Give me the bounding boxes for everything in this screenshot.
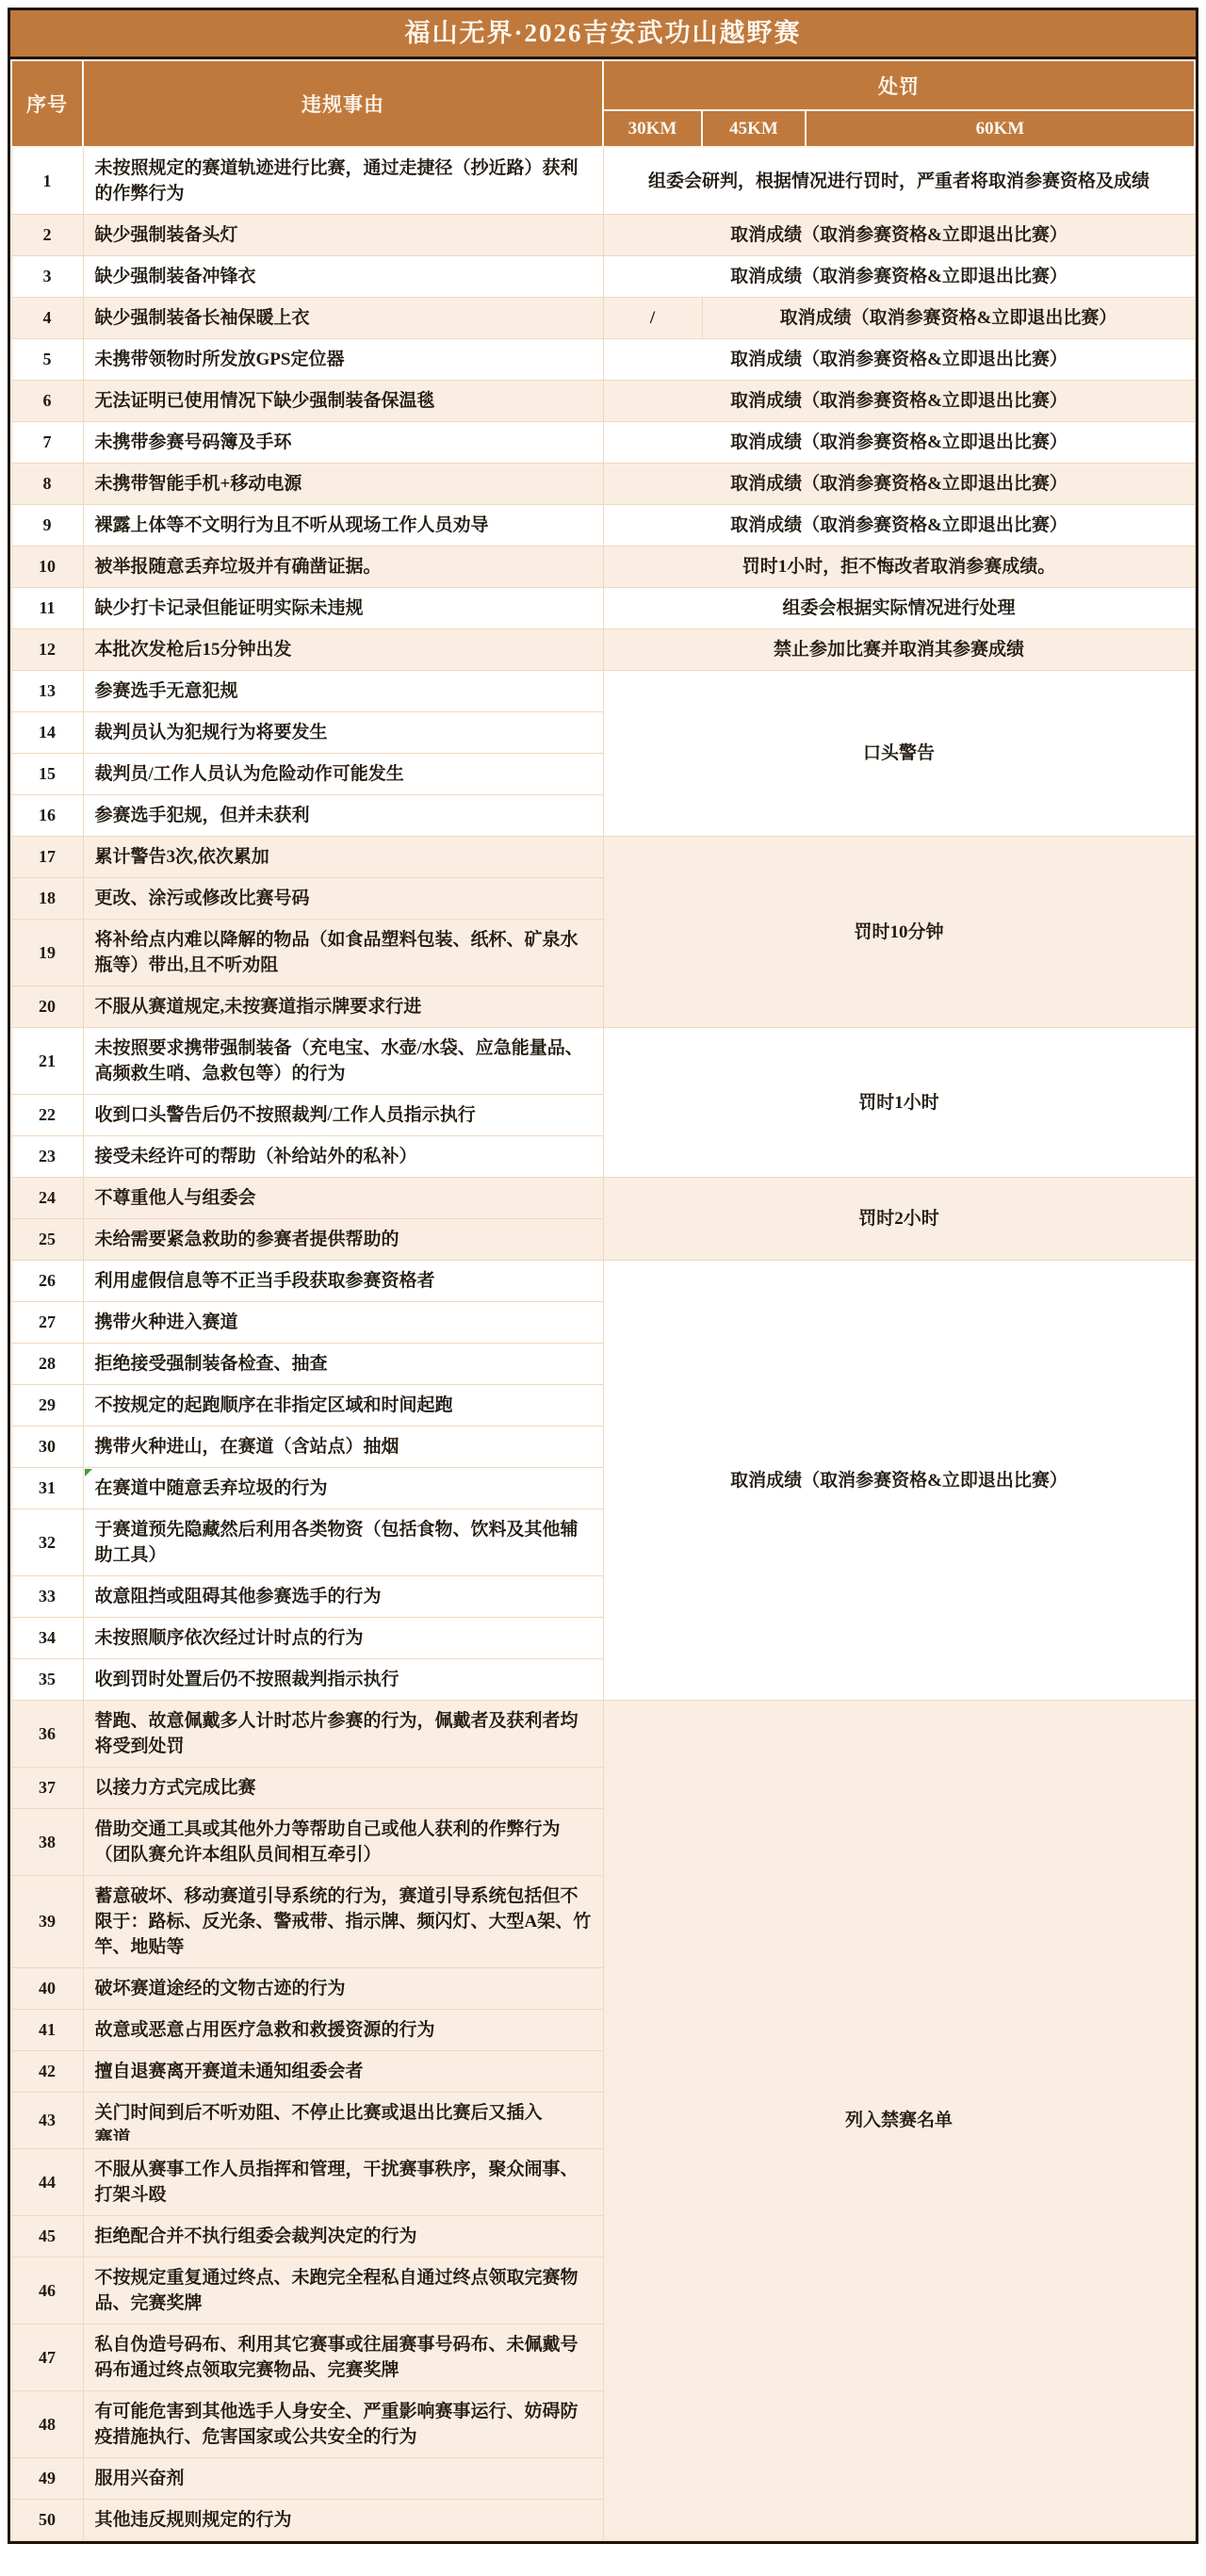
row-number-cell: 10 (11, 546, 83, 588)
violation-cell: 不服从赛事工作人员指挥和管理，干扰赛事秩序，聚众闹事、打架斗殴 (83, 2149, 603, 2216)
table-row: 4缺少强制装备长袖保暖上衣/取消成绩（取消参赛资格&立即退出比赛） (11, 298, 1195, 339)
violation-cell: 未给需要紧急救助的参赛者提供帮助的 (83, 1219, 603, 1261)
violation-cell: 未按照规定的赛道轨迹进行比赛，通过走捷径（抄近路）获利的作弊行为 (83, 147, 603, 215)
rules-table-body: 1未按照规定的赛道轨迹进行比赛，通过走捷径（抄近路）获利的作弊行为组委会研判，根… (11, 147, 1195, 2541)
violation-cell: 无法证明已使用情况下缺少强制装备保温毯 (83, 381, 603, 422)
penalty-cell: 组委会根据实际情况进行处理 (603, 588, 1195, 629)
row-number-cell: 22 (11, 1095, 83, 1136)
violation-cell: 收到罚时处置后仍不按照裁判指示执行 (83, 1659, 603, 1701)
violation-cell: 未携带智能手机+移动电源 (83, 464, 603, 505)
table-row: 36替跑、故意佩戴多人计时芯片参赛的行为，佩戴者及获利者均将受到处罚列入禁赛名单 (11, 1701, 1195, 1768)
row-number-cell: 12 (11, 629, 83, 671)
row-number-cell: 9 (11, 505, 83, 546)
header-col-penalty: 处罚 (603, 60, 1195, 110)
penalty-cell: 禁止参加比赛并取消其参赛成绩 (603, 629, 1195, 671)
violation-cell: 未按照要求携带强制装备（充电宝、水壶/水袋、应急能量品、高频救生哨、急救包等）的… (83, 1028, 603, 1095)
violation-cell: 不服从赛道规定,未按赛道指示牌要求行进 (83, 986, 603, 1028)
table-row: 17累计警告3次,依次累加罚时10分钟 (11, 837, 1195, 878)
table-row: 7未携带参赛号码簿及手环取消成绩（取消参赛资格&立即退出比赛） (11, 422, 1195, 464)
row-number-cell: 20 (11, 986, 83, 1028)
table-row: 6无法证明已使用情况下缺少强制装备保温毯取消成绩（取消参赛资格&立即退出比赛） (11, 381, 1195, 422)
row-number-cell: 46 (11, 2258, 83, 2324)
penalty-cell: 口头警告 (603, 671, 1195, 837)
penalty-cell: 取消成绩（取消参赛资格&立即退出比赛） (702, 298, 1195, 339)
penalty-cell: 取消成绩（取消参赛资格&立即退出比赛） (603, 215, 1195, 256)
row-number-cell: 36 (11, 1701, 83, 1768)
violation-cell: 被举报随意丢弃垃圾并有确凿证据。 (83, 546, 603, 588)
penalty-cell: 罚时1小时 (603, 1028, 1195, 1178)
table-row: 1未按照规定的赛道轨迹进行比赛，通过走捷径（抄近路）获利的作弊行为组委会研判，根… (11, 147, 1195, 215)
violation-cell: 接受未经许可的帮助（补给站外的私补） (83, 1136, 603, 1178)
header-col-number: 序号 (11, 60, 83, 147)
table-row: 2缺少强制装备头灯取消成绩（取消参赛资格&立即退出比赛） (11, 215, 1195, 256)
table-row: 13参赛选手无意犯规口头警告 (11, 671, 1195, 712)
table-row: 12本批次发枪后15分钟出发禁止参加比赛并取消其参赛成绩 (11, 629, 1195, 671)
violation-cell: 未携带领物时所发放GPS定位器 (83, 339, 603, 381)
penalty-cell: 罚时1小时，拒不悔改者取消参赛成绩。 (603, 546, 1195, 588)
violation-cell: 缺少强制装备长袖保暖上衣 (83, 298, 603, 339)
violation-cell: 关门时间到后不听劝阻、不停止比赛或退出比赛后又插入 赛道 (83, 2093, 603, 2149)
penalty-rules-sheet: 福山无界·2026吉安武功山越野赛 序号 违规事由 处罚 30KM 45KM 6… (8, 8, 1198, 2544)
row-number-cell: 15 (11, 754, 83, 795)
violation-cell: 携带火种进入赛道 (83, 1302, 603, 1344)
penalty-cell: 取消成绩（取消参赛资格&立即退出比赛） (603, 422, 1195, 464)
table-header: 序号 违规事由 处罚 30KM 45KM 60KM (11, 60, 1195, 147)
row-number-cell: 3 (11, 256, 83, 298)
row-number-cell: 14 (11, 712, 83, 754)
violation-cell: 其他违反规则规定的行为 (83, 2500, 603, 2541)
row-number-cell: 6 (11, 381, 83, 422)
row-number-cell: 5 (11, 339, 83, 381)
violation-cell: 利用虚假信息等不正当手段获取参赛资格者 (83, 1261, 603, 1302)
row-number-cell: 48 (11, 2391, 83, 2458)
row-number-cell: 37 (11, 1768, 83, 1809)
violation-cell: 裁判员认为犯规行为将要发生 (83, 712, 603, 754)
row-number-cell: 32 (11, 1509, 83, 1576)
row-number-cell: 43 (11, 2093, 83, 2149)
violation-cell: 故意或恶意占用医疗急救和救援资源的行为 (83, 2010, 603, 2051)
violation-cell: 不按规定的起跑顺序在非指定区域和时间起跑 (83, 1385, 603, 1427)
violation-cell: 不按规定重复通过终点、未跑完全程私自通过终点领取完赛物品、完赛奖牌 (83, 2258, 603, 2324)
row-number-cell: 45 (11, 2216, 83, 2258)
violation-cell: 于赛道预先隐藏然后利用各类物资（包括食物、饮料及其他辅助工具） (83, 1509, 603, 1576)
violation-cell: 私自伪造号码布、利用其它赛事或往届赛事号码布、未佩戴号码布通过终点领取完赛物品、… (83, 2324, 603, 2391)
row-number-cell: 35 (11, 1659, 83, 1701)
penalty-cell: 取消成绩（取消参赛资格&立即退出比赛） (603, 339, 1195, 381)
penalty-cell: 取消成绩（取消参赛资格&立即退出比赛） (603, 1261, 1195, 1701)
violation-cell: 故意阻挡或阻碍其他参赛选手的行为 (83, 1576, 603, 1618)
table-row: 10被举报随意丢弃垃圾并有确凿证据。罚时1小时，拒不悔改者取消参赛成绩。 (11, 546, 1195, 588)
row-number-cell: 39 (11, 1876, 83, 1968)
row-number-cell: 1 (11, 147, 83, 215)
violation-cell: 参赛选手犯规，但并未获利 (83, 795, 603, 837)
violation-cell: 以接力方式完成比赛 (83, 1768, 603, 1809)
row-number-cell: 25 (11, 1219, 83, 1261)
row-number-cell: 26 (11, 1261, 83, 1302)
row-number-cell: 16 (11, 795, 83, 837)
row-number-cell: 31 (11, 1468, 83, 1509)
row-number-cell: 18 (11, 878, 83, 920)
penalty-cell: 取消成绩（取消参赛资格&立即退出比赛） (603, 256, 1195, 298)
violation-cell: 将补给点内难以降解的物品（如食品塑料包装、纸杯、矿泉水瓶等）带出,且不听劝阻 (83, 920, 603, 986)
row-number-cell: 23 (11, 1136, 83, 1178)
row-number-cell: 13 (11, 671, 83, 712)
row-number-cell: 28 (11, 1344, 83, 1385)
penalty-cell: 取消成绩（取消参赛资格&立即退出比赛） (603, 464, 1195, 505)
violation-cell: 携带火种进山，在赛道（含站点）抽烟 (83, 1427, 603, 1468)
violation-cell: 参赛选手无意犯规 (83, 671, 603, 712)
row-number-cell: 2 (11, 215, 83, 256)
row-number-cell: 30 (11, 1427, 83, 1468)
row-number-cell: 21 (11, 1028, 83, 1095)
violation-cell: 替跑、故意佩戴多人计时芯片参赛的行为，佩戴者及获利者均将受到处罚 (83, 1701, 603, 1768)
violation-cell: 缺少打卡记录但能证明实际未违规 (83, 588, 603, 629)
violation-cell: 收到口头警告后仍不按照裁判/工作人员指示执行 (83, 1095, 603, 1136)
table-row: 3缺少强制装备冲锋衣取消成绩（取消参赛资格&立即退出比赛） (11, 256, 1195, 298)
violation-cell: 有可能危害到其他选手人身安全、严重影响赛事运行、妨碍防疫措施执行、危害国家或公共… (83, 2391, 603, 2458)
row-number-cell: 19 (11, 920, 83, 986)
violation-cell: 更改、涂污或修改比赛号码 (83, 878, 603, 920)
penalty-cell: 组委会研判，根据情况进行罚时，严重者将取消参赛资格及成绩 (603, 147, 1195, 215)
row-number-cell: 7 (11, 422, 83, 464)
header-subcol-30km: 30KM (603, 110, 702, 147)
row-number-cell: 47 (11, 2324, 83, 2391)
header-subcol-60km: 60KM (806, 110, 1195, 147)
violation-cell: 缺少强制装备头灯 (83, 215, 603, 256)
violation-cell: 缺少强制装备冲锋衣 (83, 256, 603, 298)
table-row: 11缺少打卡记录但能证明实际未违规组委会根据实际情况进行处理 (11, 588, 1195, 629)
violation-cell: 借助交通工具或其他外力等帮助自己或他人获利的作弊行为（团队赛允许本组队员间相互牵… (83, 1809, 603, 1876)
comment-marker-icon (85, 1469, 92, 1476)
header-subcol-45km: 45KM (702, 110, 806, 147)
table-row: 5未携带领物时所发放GPS定位器取消成绩（取消参赛资格&立即退出比赛） (11, 339, 1195, 381)
violation-cell: 本批次发枪后15分钟出发 (83, 629, 603, 671)
penalty-cell: 取消成绩（取消参赛资格&立即退出比赛） (603, 505, 1195, 546)
row-number-cell: 42 (11, 2051, 83, 2093)
violation-cell: 累计警告3次,依次累加 (83, 837, 603, 878)
row-number-cell: 27 (11, 1302, 83, 1344)
table-row: 26利用虚假信息等不正当手段获取参赛资格者取消成绩（取消参赛资格&立即退出比赛） (11, 1261, 1195, 1302)
row-number-cell: 41 (11, 2010, 83, 2051)
table-row: 21未按照要求携带强制装备（充电宝、水壶/水袋、应急能量品、高频救生哨、急救包等… (11, 1028, 1195, 1095)
violation-cell: 拒绝接受强制装备检查、抽查 (83, 1344, 603, 1385)
violation-cell: 服用兴奋剂 (83, 2458, 603, 2500)
penalty-cell: 罚时10分钟 (603, 837, 1195, 1028)
row-number-cell: 34 (11, 1618, 83, 1659)
row-number-cell: 49 (11, 2458, 83, 2500)
table-row: 24不尊重他人与组委会罚时2小时 (11, 1178, 1195, 1219)
row-number-cell: 33 (11, 1576, 83, 1618)
violation-cell: 破坏赛道途经的文物古迹的行为 (83, 1968, 603, 2010)
row-number-cell: 44 (11, 2149, 83, 2216)
row-number-cell: 38 (11, 1809, 83, 1876)
row-number-cell: 17 (11, 837, 83, 878)
row-number-cell: 50 (11, 2500, 83, 2541)
row-number-cell: 8 (11, 464, 83, 505)
violation-cell: 蓄意破坏、移动赛道引导系统的行为，赛道引导系统包括但不限于：路标、反光条、警戒带… (83, 1876, 603, 1968)
violation-cell: 未按照顺序依次经过计时点的行为 (83, 1618, 603, 1659)
violation-cell: 未携带参赛号码簿及手环 (83, 422, 603, 464)
row-number-cell: 29 (11, 1385, 83, 1427)
violation-cell: 擅自退赛离开赛道未通知组委会者 (83, 2051, 603, 2093)
table-row: 9裸露上体等不文明行为且不听从现场工作人员劝导取消成绩（取消参赛资格&立即退出比… (11, 505, 1195, 546)
page-title: 福山无界·2026吉安武功山越野赛 (10, 10, 1196, 59)
header-col-violation: 违规事由 (83, 60, 603, 147)
violation-cell: 裸露上体等不文明行为且不听从现场工作人员劝导 (83, 505, 603, 546)
penalty-cell: 罚时2小时 (603, 1178, 1195, 1261)
violation-cell: 裁判员/工作人员认为危险动作可能发生 (83, 754, 603, 795)
penalty-cell: 取消成绩（取消参赛资格&立即退出比赛） (603, 381, 1195, 422)
row-number-cell: 4 (11, 298, 83, 339)
row-number-cell: 40 (11, 1968, 83, 2010)
row-number-cell: 24 (11, 1178, 83, 1219)
row-number-cell: 11 (11, 588, 83, 629)
rules-table: 序号 违规事由 处罚 30KM 45KM 60KM 1未按照规定的赛道轨迹进行比… (10, 59, 1196, 2541)
violation-cell: 拒绝配合并不执行组委会裁判决定的行为 (83, 2216, 603, 2258)
violation-cell: 不尊重他人与组委会 (83, 1178, 603, 1219)
violation-cell: 在赛道中随意丢弃垃圾的行为 (83, 1468, 603, 1509)
penalty-cell: 列入禁赛名单 (603, 1701, 1195, 2541)
penalty-30km-cell: / (603, 298, 702, 339)
table-row: 8未携带智能手机+移动电源取消成绩（取消参赛资格&立即退出比赛） (11, 464, 1195, 505)
